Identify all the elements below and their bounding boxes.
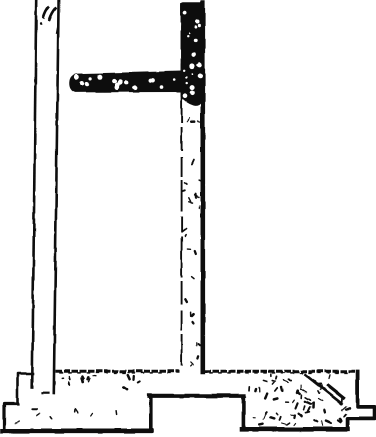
footing-speckles-item <box>255 389 256 391</box>
footing-speckles-item <box>263 380 267 381</box>
base-marks <box>16 409 117 424</box>
footing-speckles-item <box>283 380 288 382</box>
ground-ticks-item <box>88 377 89 379</box>
post-head-speckles-item <box>183 70 185 72</box>
base-stepped-corner <box>348 372 375 430</box>
left-post-speck <box>39 22 42 25</box>
footing-speckles-item <box>314 420 317 422</box>
base-marks-item <box>90 413 92 416</box>
arm-speckles-item <box>113 79 117 83</box>
footing-speckles-item <box>270 417 274 418</box>
footing-speckles-item <box>299 414 302 417</box>
post-head-speckles-item <box>195 25 198 28</box>
footing-speckles-item <box>281 423 286 424</box>
arm-speckles-item <box>160 85 164 89</box>
footing-speckles-item <box>274 399 277 400</box>
arm-speckles-item <box>115 85 120 90</box>
footing-speckles-item <box>326 421 331 423</box>
footing-speckles-item <box>344 414 346 416</box>
left-post <box>32 0 58 393</box>
post-head-speckles-item <box>198 74 203 79</box>
footing-speckles-item <box>295 423 297 425</box>
footing-speckles-item <box>297 392 300 394</box>
footing-speckles-item <box>321 421 322 426</box>
arm-speckles-item <box>85 82 89 86</box>
figure-canvas: Hand-drawn black-ink sketch: cross-secti… <box>0 0 376 437</box>
bracket-arm <box>70 72 182 92</box>
post-body-marks-item <box>197 356 198 358</box>
footing-speckles-item <box>288 379 290 380</box>
post-body-marks-item <box>191 362 194 365</box>
footing-speckles-item <box>279 417 280 420</box>
post-body-marks-item <box>191 160 193 164</box>
left-post-edge-nick <box>57 29 58 34</box>
base-marks-item <box>75 409 78 413</box>
post-body-marks-item <box>185 300 187 303</box>
below-ground-marks-item <box>124 387 127 389</box>
arm-speckles-item <box>132 86 135 89</box>
below-ground-marks-item <box>69 382 70 385</box>
foundation-base <box>3 372 375 431</box>
left-post-left-edge <box>32 0 36 387</box>
ink-drawing <box>3 0 375 431</box>
arm-speckles-item <box>80 81 84 85</box>
post-body-marks-item <box>193 323 194 324</box>
footing-speckles-item <box>276 413 278 415</box>
footing-speckles-item <box>306 397 311 400</box>
footing-speckles-item <box>259 424 262 425</box>
base-marks-item <box>116 411 117 415</box>
arm-speckles-item <box>97 74 102 79</box>
post-body-marks-item <box>182 229 186 232</box>
footing-speckles-item <box>265 394 267 398</box>
post-head-speckles-item <box>194 39 197 42</box>
footing-speckles-item <box>301 389 306 392</box>
post-head-speckles-item <box>183 93 188 98</box>
footing-speckles-item <box>324 410 325 412</box>
below-ground-marks-item <box>93 376 95 377</box>
footing-speckles-item <box>346 408 350 409</box>
post-head-speckles-item <box>196 64 199 67</box>
base-marks-item <box>16 421 20 424</box>
sketch-page: Hand-drawn black-ink sketch: cross-secti… <box>0 0 376 437</box>
footing-speckles-item <box>318 391 319 393</box>
post-head-speckles-item <box>189 63 194 68</box>
post-body-marks-item <box>185 235 186 237</box>
post-head-speckles-item <box>196 20 200 24</box>
ground-ticks-item <box>70 377 71 380</box>
post-body-marks-item <box>199 345 201 346</box>
post-head-speckles-item <box>191 73 193 75</box>
base-marks-item <box>50 417 51 419</box>
footing-speckles-item <box>265 412 266 414</box>
footing-speckles-item <box>342 398 343 403</box>
post-body-marks-item <box>185 183 187 185</box>
footing-speckles-item <box>275 388 278 391</box>
post-head-speckles-item <box>192 53 196 57</box>
post-body-marks-item <box>192 276 194 278</box>
ground-ticks-item <box>82 377 83 379</box>
post-head-speckles-item <box>183 11 187 15</box>
post-head-speckles-item <box>189 32 191 34</box>
post-body-marks-item <box>199 180 201 181</box>
ground-ticks <box>70 374 331 382</box>
footing-speckles-item <box>273 383 275 385</box>
post-body-marks-item <box>191 365 192 366</box>
arm-speckles-item <box>89 77 92 80</box>
arm-speckles-item <box>173 79 176 82</box>
left-post-grain-tick <box>50 9 56 20</box>
right-post <box>181 2 205 372</box>
post-body-marks-item <box>187 118 190 122</box>
post-body-marks-item <box>198 121 201 122</box>
base-left-ledge <box>5 404 18 429</box>
ground-ticks-item <box>276 376 277 378</box>
post-body-marks-item <box>195 251 196 254</box>
post-head-speckles-item <box>186 76 188 78</box>
base-marks-item <box>36 413 40 416</box>
arm-speckles-item <box>74 74 79 79</box>
post-body-marks <box>182 118 201 366</box>
post-head-speckles-item <box>198 76 200 78</box>
footing-speckles-item <box>305 401 311 404</box>
post-body-marks-item <box>182 190 184 191</box>
footing-speckles-item <box>296 403 298 408</box>
post-head-speckles-item <box>198 24 201 27</box>
footing-speckles-item <box>304 406 305 410</box>
left-post-right-edge <box>54 0 59 393</box>
arm-speckles-item <box>149 79 153 83</box>
ground-ticks-item <box>329 375 330 379</box>
footing-speckles-item <box>318 399 322 402</box>
footing-speckles <box>250 379 350 426</box>
below-ground-marks-item <box>138 381 140 382</box>
footing-speckles-item <box>287 423 290 425</box>
footing-block <box>250 375 350 426</box>
post-body-marks-item <box>192 315 194 317</box>
post-head-speckles-item <box>188 35 190 37</box>
footing-speckles-item <box>293 400 295 402</box>
post-head-speckles-item <box>190 91 195 96</box>
base-pedestal-step <box>18 374 34 405</box>
post-head-speckles-item <box>190 85 195 90</box>
footing-speckles-item <box>340 418 341 420</box>
ground-ticks-item <box>128 375 130 379</box>
footing-speckles-item <box>281 387 282 391</box>
post-head-speckles-item <box>186 82 188 84</box>
left-post-grain-tick <box>44 8 49 18</box>
footing-speckles-item <box>273 381 276 382</box>
right-post-head <box>181 2 205 106</box>
footing-diagonal-streak <box>305 375 342 404</box>
post-body-marks-item <box>189 202 193 203</box>
arm-speckles-item <box>125 81 129 85</box>
footing-speckles-item <box>263 415 265 419</box>
